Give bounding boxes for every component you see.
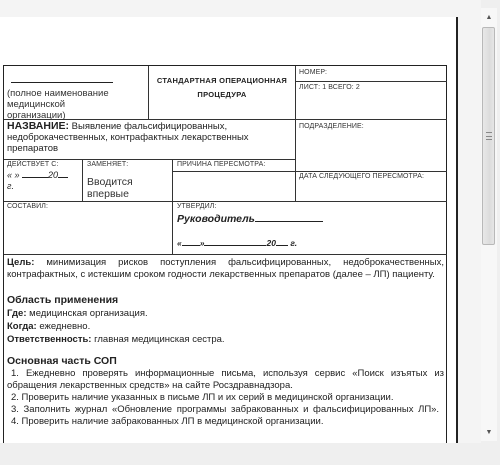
scrollbar-thumb[interactable] xyxy=(482,27,495,245)
sop-body: Цель: минимизация рисков поступления фал… xyxy=(7,256,444,428)
document-viewport: (полное наименование медицинской организ… xyxy=(0,0,481,443)
number-label: НОМЕР: xyxy=(299,69,327,76)
replaces-label: ЗАМЕНЯЕТ: xyxy=(87,161,128,168)
approval-date-suffix: г. xyxy=(290,238,297,248)
document-title-line1: СТАНДАРТНАЯ ОПЕРАЦИОННАЯ xyxy=(149,74,295,88)
vertical-scrollbar[interactable]: ▲ ▼ xyxy=(481,8,497,441)
step-item: 3. Заполнить журнал «Обновление программ… xyxy=(7,404,444,416)
responsibility-text: главная медицинская сестра. xyxy=(94,334,224,345)
sheet-label: ЛИСТ: 1 ВСЕГО: 2 xyxy=(299,84,360,91)
effective-date: « » 20 г. xyxy=(7,170,81,192)
org-name-cell: (полное наименование медицинской организ… xyxy=(7,70,145,121)
document-title: СТАНДАРТНАЯ ОПЕРАЦИОННАЯ ПРОЦЕДУРА xyxy=(149,74,295,102)
document-title-line2: ПРОЦЕДУРА xyxy=(149,88,295,102)
goal-text: минимизация рисков поступления фальсифиц… xyxy=(7,257,444,280)
grid-line xyxy=(172,159,173,254)
step-item: 2. Проверить наличие указанных в письме … xyxy=(7,392,444,404)
effective-year: 20 xyxy=(48,170,58,180)
compiled-label: СОСТАВИЛ: xyxy=(7,203,48,210)
approval-year-blank xyxy=(276,245,288,246)
grid-line xyxy=(4,201,447,202)
next-revision-label: ДАТА СЛЕДУЮЩЕГО ПЕРЕСМОТРА: xyxy=(299,173,424,180)
responsibility-label: Ответственность: xyxy=(7,334,91,345)
when-label: Когда: xyxy=(7,321,37,332)
scroll-down-arrow-icon[interactable]: ▼ xyxy=(481,425,497,441)
when-text: ежедневно. xyxy=(39,321,90,332)
approver-line: Руководитель xyxy=(177,211,323,225)
effective-year-blank xyxy=(58,177,68,178)
revision-reason-label: ПРИЧИНА ПЕРЕСМОТРА: xyxy=(177,161,265,168)
when-line: Когда: ежедневно. xyxy=(7,320,444,333)
name-label: НАЗВАНИЕ: xyxy=(7,120,69,132)
where-line: Где: медицинская организация. xyxy=(7,307,444,320)
name-field: НАЗВАНИЕ: Выявление фальсифицированных, … xyxy=(7,121,292,154)
grid-line xyxy=(4,254,447,255)
where-text: медицинская организация. xyxy=(29,308,147,319)
effective-day-blank xyxy=(22,177,48,178)
effective-suffix: г. xyxy=(7,181,14,191)
replaces-value: Вводится впервые xyxy=(87,176,147,200)
responsibility-line: Ответственность: главная медицинская сес… xyxy=(7,333,444,346)
approval-date: «»20 г. xyxy=(177,238,297,248)
grid-line xyxy=(172,171,295,172)
department-label: ПОДРАЗДЕЛЕНИЕ: xyxy=(299,123,364,130)
grid-line xyxy=(295,171,447,172)
grid-line xyxy=(295,66,296,201)
goal-paragraph: Цель: минимизация рисков поступления фал… xyxy=(7,257,444,281)
sop-form-table: (полное наименование медицинской организ… xyxy=(3,65,447,443)
effective-quotes: « » xyxy=(7,170,20,180)
approval-month-blank xyxy=(204,245,266,246)
scope-heading: Область применения xyxy=(7,293,444,307)
scroll-up-arrow-icon[interactable]: ▲ xyxy=(481,10,497,26)
step-item: 4. Проверить наличие забракованных ЛП в … xyxy=(7,416,444,428)
goal-label: Цель: xyxy=(7,257,34,268)
grid-line xyxy=(82,159,83,201)
date-open-quote: « xyxy=(177,238,182,248)
grid-line xyxy=(295,81,447,82)
org-name-placeholder: (полное наименование медицинской организ… xyxy=(7,88,117,121)
approval-day-blank xyxy=(182,245,200,246)
grip-icon xyxy=(486,132,492,140)
where-label: Где: xyxy=(7,308,27,319)
approver-title: Руководитель xyxy=(177,213,255,225)
approver-signature-blank xyxy=(255,211,323,222)
approved-label: УТВЕРДИЛ: xyxy=(177,203,216,210)
main-heading: Основная часть СОП xyxy=(7,354,444,368)
document-page: (полное наименование медицинской организ… xyxy=(0,17,458,443)
approval-year: 20 xyxy=(266,238,275,248)
step-item: 1. Ежедневно проверять информационные пи… xyxy=(7,368,444,392)
date-close-quote: » xyxy=(200,238,205,248)
effective-label: ДЕЙСТВУЕТ С: xyxy=(7,161,59,168)
org-name-underline xyxy=(11,77,113,83)
grid-line xyxy=(4,159,295,160)
